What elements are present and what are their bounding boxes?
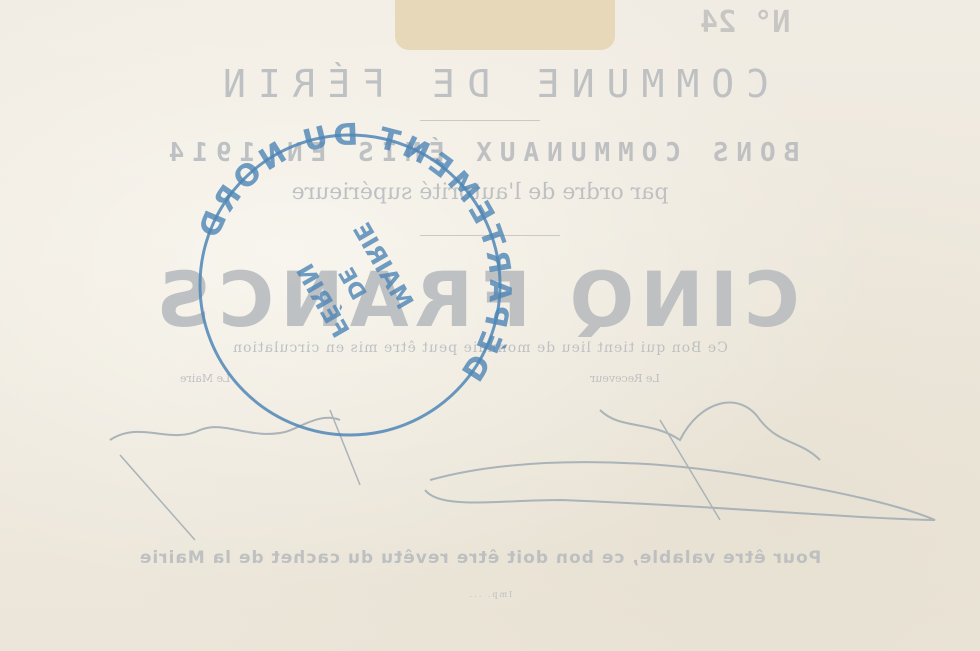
official-stamp: DÉPARTEMENT DU NORD MAIRIE DE FÉRIN xyxy=(185,120,515,450)
banknote: N° 24 COMMUNE DE FÉRIN BONS COMMUNAUX ÉM… xyxy=(0,0,980,651)
